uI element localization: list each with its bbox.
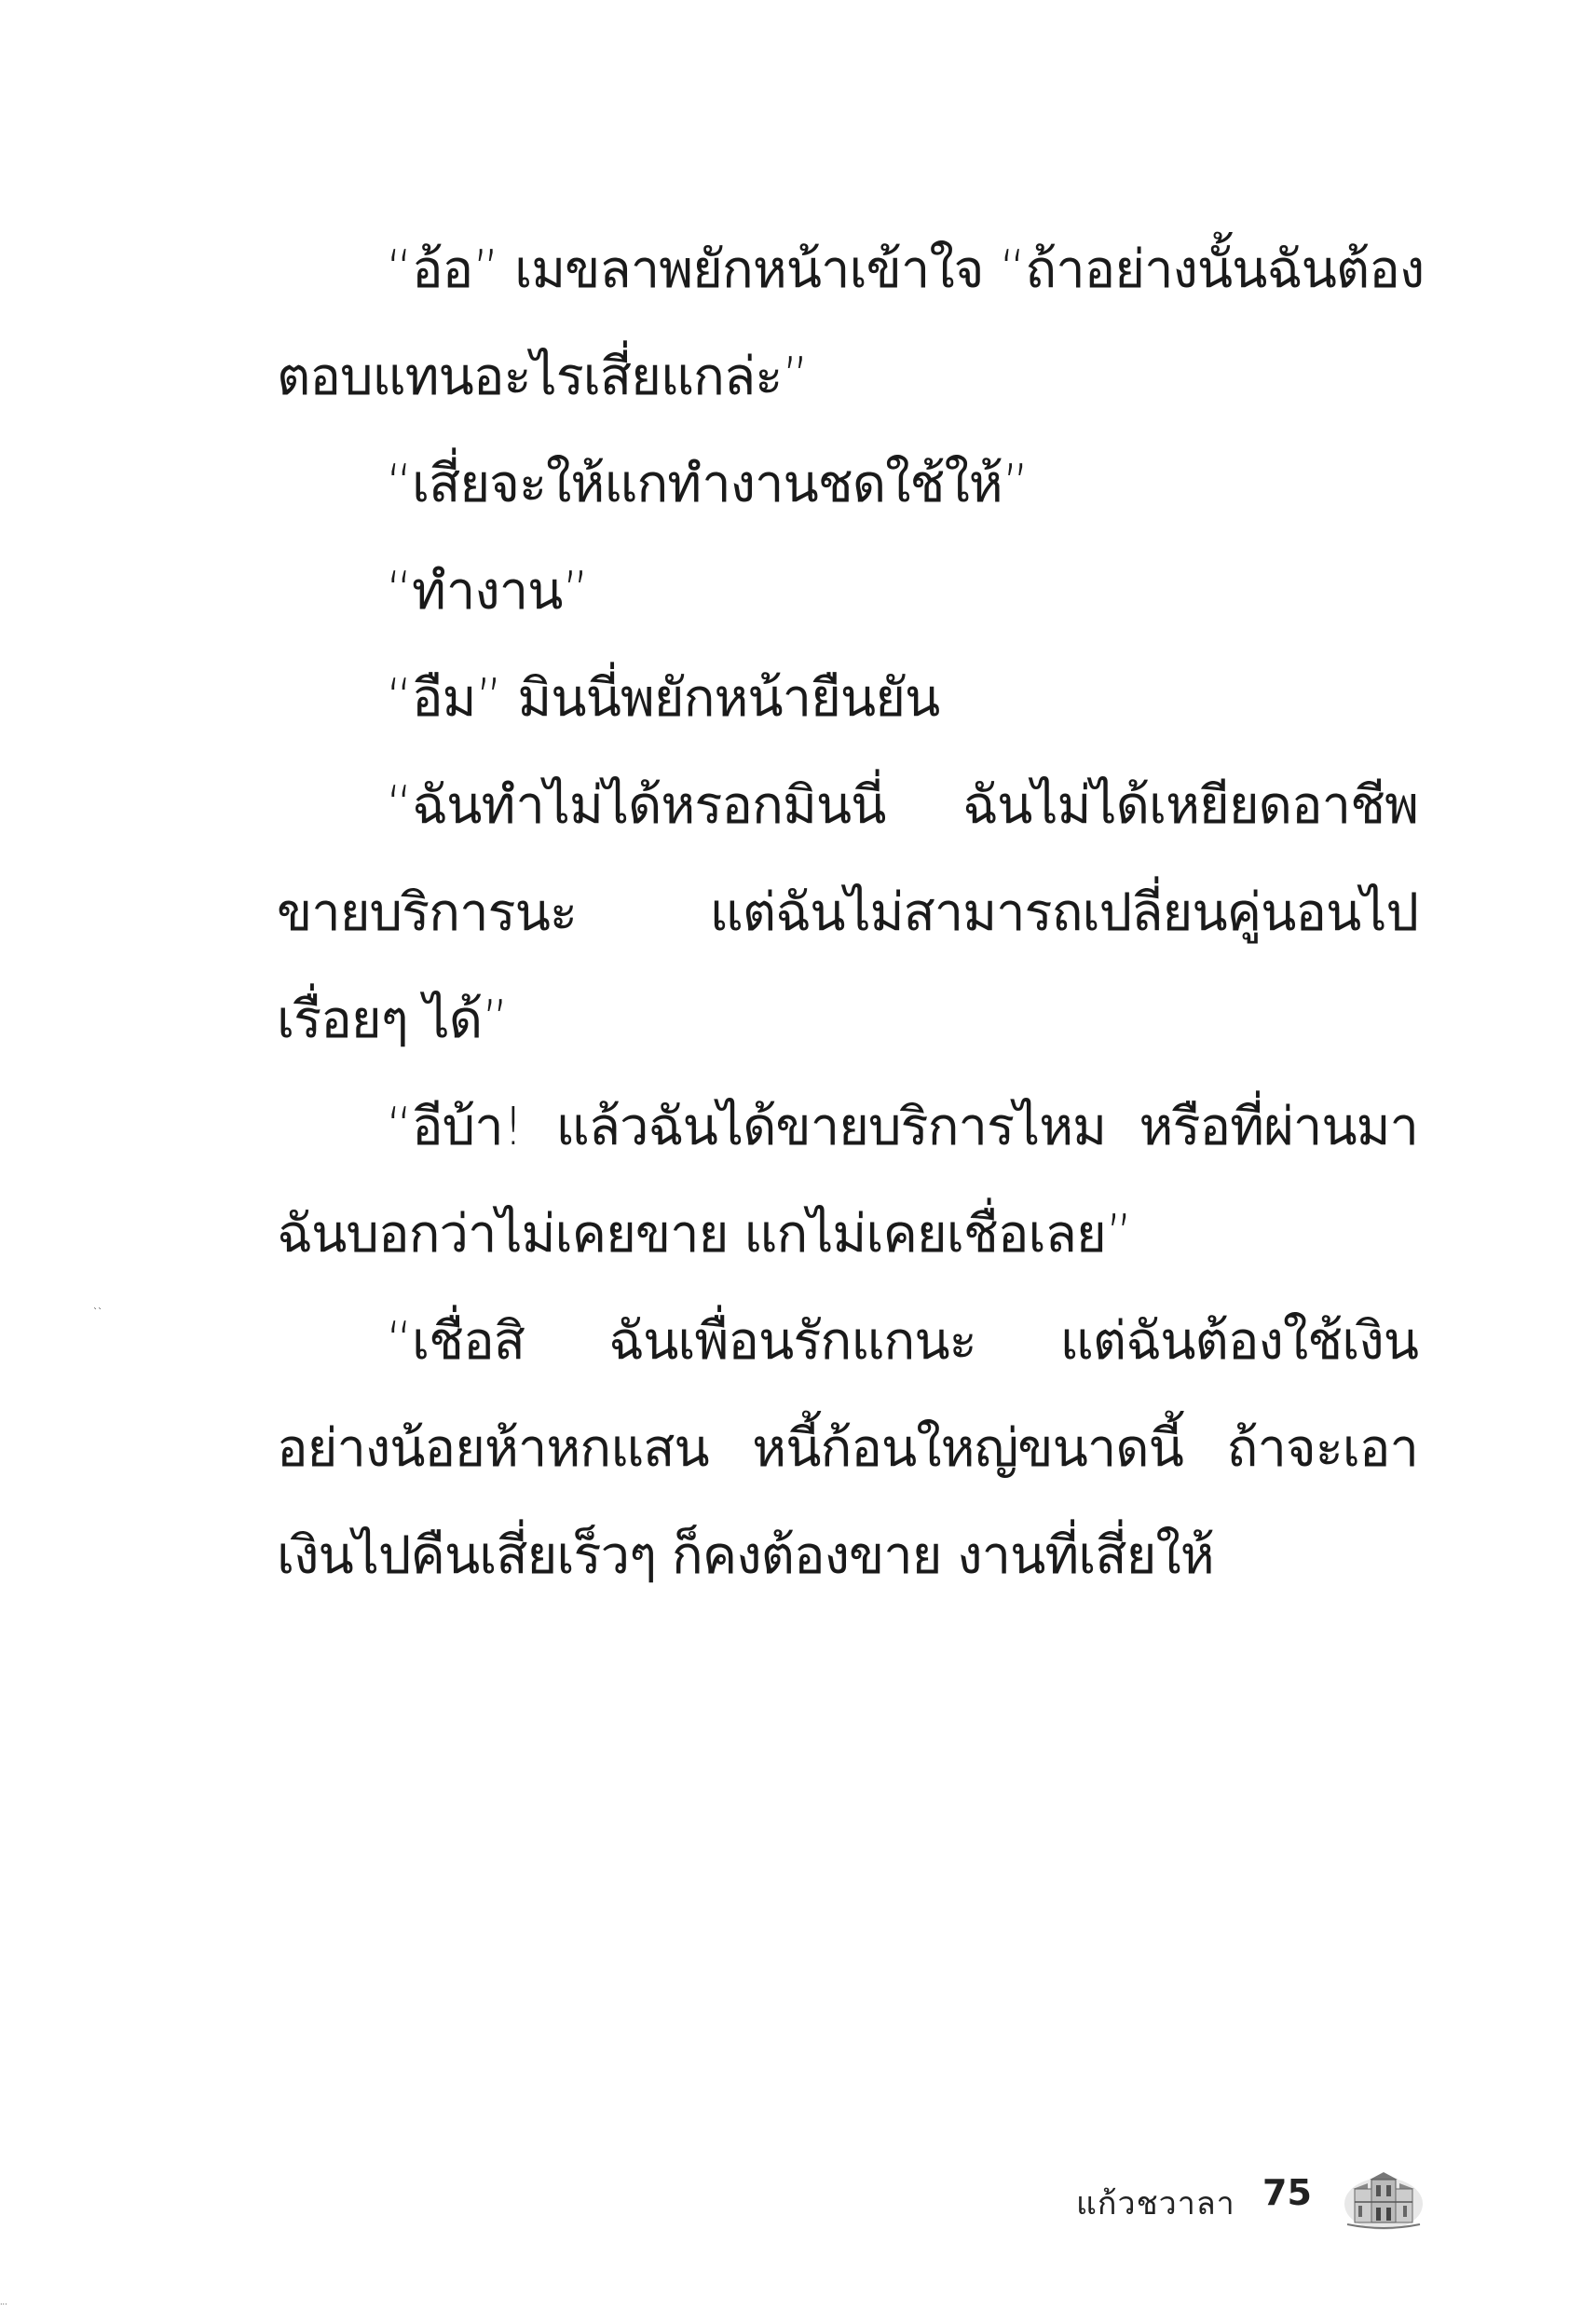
text-line: “เสี่ยจะให้แกทำงานชดใช้ให้” (277, 431, 1418, 538)
text-line: ตอบแทนอะไรเสี่ยแกล่ะ” (277, 323, 1418, 431)
corner-mark: ... (0, 2298, 7, 2306)
page-number: 75 (1262, 2172, 1312, 2213)
text-line: “อ้อ” เมขลาพยักหน้าเข้าใจ “ถ้าอย่างนั้นฉ… (277, 216, 1418, 323)
text-line: เงินไปคืนเสี่ยเร็วๆ ก็คงต้องขาย งานที่เส… (277, 1502, 1418, 1609)
text-line: เรื่อยๆ ได้” (277, 966, 1418, 1073)
text-line: “อืม” มินนี่พยักหน้ายืนยัน (277, 645, 1418, 752)
text-line: “เชื่อสิ ฉันเพื่อนรักแกนะ แต่ฉันต้องใช้เ… (277, 1288, 1418, 1395)
text-line: “ฉันทำไม่ได้หรอกมินนี่ ฉันไม่ได้เหยียดอา… (277, 752, 1418, 859)
margin-mark: ˋˋ (93, 1307, 102, 1318)
page-footer: แก้วชวาลา 75 (1071, 2167, 1444, 2232)
text-line: ขายบริการนะ แต่ฉันไม่สามารถเปลี่ยนคู่นอน… (277, 859, 1418, 966)
book-page: “อ้อ” เมขลาพยักหน้าเข้าใจ “ถ้าอย่างนั้นฉ… (0, 0, 1596, 2311)
text-line: อย่างน้อยห้าหกแสน หนี้ก้อนใหญ่ขนาดนี้ ถ้… (277, 1395, 1418, 1502)
mansion-illustration-icon (1342, 2167, 1425, 2232)
text-line: “อีบ้า! แล้วฉันได้ขายบริการไหม หรือที่ผ่… (277, 1073, 1418, 1181)
running-title: แก้วชวาลา (1076, 2178, 1235, 2228)
text-line: ฉันบอกว่าไม่เคยขาย แกไม่เคยเชื่อเลย” (277, 1181, 1418, 1288)
body-text: “อ้อ” เมขลาพยักหน้าเข้าใจ “ถ้าอย่างนั้นฉ… (277, 216, 1418, 1609)
text-line: “ทำงาน” (277, 538, 1418, 645)
